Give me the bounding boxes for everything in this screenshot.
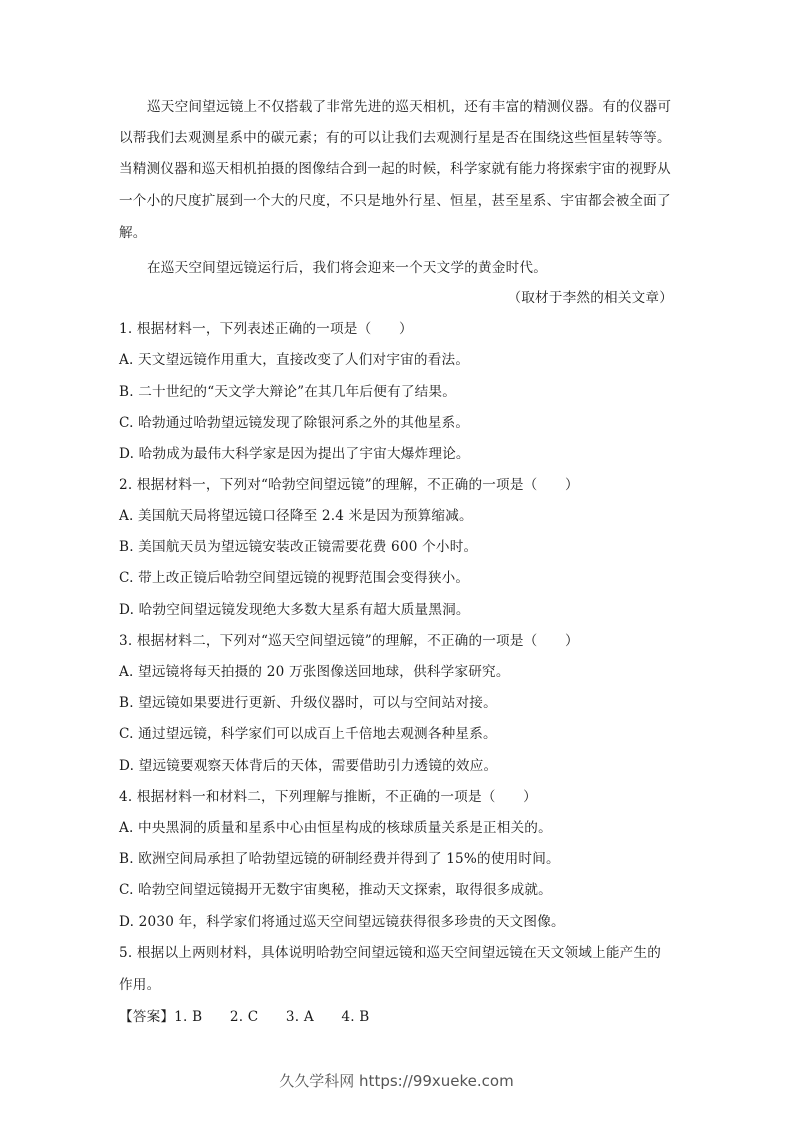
question-stem: 3. 根据材料二，下列对“巡天空间望远镜”的理解，不正确的一项是（ ） [119, 631, 675, 651]
source-attribution: （取材于李然的相关文章） [507, 288, 673, 308]
question-option: C. 通过望远镜，科学家们可以成百上千倍地去观测各种星系。 [119, 724, 675, 744]
question-stem: 2. 根据材料一，下列对“哈勃空间望远镜”的理解，不正确的一项是（ ） [119, 475, 675, 495]
question-option: D. 哈勃空间望远镜发现绝大多数大星系有超大质量黑洞。 [119, 600, 675, 620]
question-stem: 作用。 [119, 975, 675, 995]
question-option: B. 欧洲空间局承担了哈勃望远镜的研制经费并得到了 15%的使用时间。 [119, 849, 675, 869]
passage-paragraph: 在巡天空间望远镜运行后，我们将会迎来一个天文学的黄金时代。 [147, 258, 703, 278]
question-option: D. 2030 年，科学家们将通过巡天空间望远镜获得很多珍贵的天文图像。 [119, 912, 675, 932]
question-option: B. 二十世纪的“天文学大辩论”在其几年后便有了结果。 [119, 382, 675, 402]
question-option: B. 望远镜如果要进行更新、升级仪器时，可以与空间站对接。 [119, 693, 675, 713]
question-option: A. 天文望远镜作用重大，直接改变了人们对宇宙的看法。 [119, 350, 675, 370]
passage-line: 巡天空间望远镜上不仅搭载了非常先进的巡天相机，还有丰富的精测仪器。有的仪器可 [147, 97, 703, 117]
question-option: C. 带上改正镜后哈勃空间望远镜的视野范围会变得狭小。 [119, 568, 675, 588]
watermark-footer: 久久学科网 https://99xueke.com [0, 1070, 793, 1091]
question-stem: 1. 根据材料一，下列表述正确的一项是（ ） [119, 319, 675, 339]
question-option: A. 望远镜将每天拍摄的 20 万张图像送回地球，供科学家研究。 [119, 662, 675, 682]
passage-line: 当精测仪器和巡天相机拍摄的图像结合到一起的时候，科学家就有能力将探索宇宙的视野从 [119, 159, 675, 179]
question-stem: 4. 根据材料一和材料二，下列理解与推断，不正确的一项是（ ） [119, 787, 675, 807]
passage-line: 一个小的尺度扩展到一个大的尺度，不只是地外行星、恒星，甚至星系、宇宙都会被全面了 [119, 191, 675, 211]
question-stem: 5. 根据以上两则材料，具体说明哈勃空间望远镜和巡天空间望远镜在天文领域上能产生… [119, 943, 675, 963]
question-option: C. 哈勃通过哈勃望远镜发现了除银河系之外的其他星系。 [119, 413, 675, 433]
question-option: D. 哈勃成为最伟大科学家是因为提出了宇宙大爆炸理论。 [119, 444, 675, 464]
passage-line: 解。 [119, 223, 675, 243]
question-option: C. 哈勃空间望远镜揭开无数宇宙奥秘，推动天文探索，取得很多成就。 [119, 880, 675, 900]
question-option: B. 美国航天员为望远镜安装改正镜需要花费 600 个小时。 [119, 537, 675, 557]
question-option: A. 中央黑洞的质量和星系中心由恒星构成的核球质量关系是正相关的。 [119, 818, 675, 838]
passage-line: 以帮我们去观测星系中的碳元素；有的可以让我们去观测行星是否在围绕这些恒星转等等。 [119, 128, 675, 148]
answer-key: 【答案】1. B 2. C 3. A 4. B [119, 1007, 675, 1027]
question-option: D. 望远镜要观察天体背后的天体，需要借助引力透镜的效应。 [119, 756, 675, 776]
question-option: A. 美国航天局将望远镜口径降至 2.4 米是因为预算缩减。 [119, 506, 675, 526]
document-page: 巡天空间望远镜上不仅搭载了非常先进的巡天相机，还有丰富的精测仪器。有的仪器可 以… [0, 0, 793, 1122]
